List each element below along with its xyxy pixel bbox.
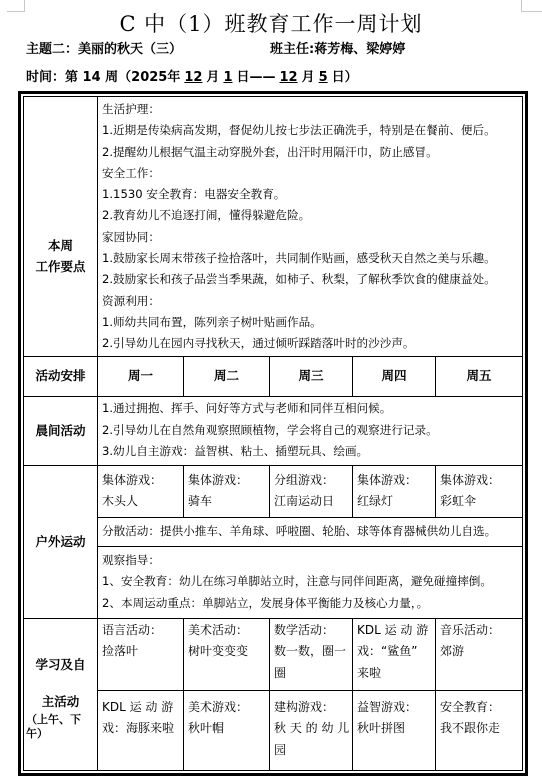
table-row-schedule-header: 活动安排 周一 周二 周三 周四 周五 bbox=[24, 356, 523, 396]
activity-name: 秋 天 的 幼 儿 bbox=[274, 718, 348, 740]
outdoor-game-wed: 分组游戏： 江南运动日 bbox=[270, 465, 353, 517]
time-range: 时间：第 14 周（2025年12月1日——12月5日） bbox=[26, 69, 358, 87]
free-play-text: 分散活动：提供小推车、羊角球、呼啦圈、轮胎、球等体育器械供幼儿自选。 bbox=[102, 521, 518, 543]
activity-type: KDL 运 动 游 bbox=[357, 620, 431, 642]
time-prefix: 时间：第 14 周（2025年 bbox=[26, 70, 180, 85]
table-row-outdoor-guidance: 观察指导： 1、安全教育：幼儿在练习单脚站立时，注意与同伴间距离，避免碰撞摔倒。… bbox=[24, 546, 523, 618]
month-label: 月 bbox=[206, 70, 219, 85]
morning-content: 1.通过拥抱、挥手、问好等方式与老师和同伴互相问候。 2.引导幼儿在自然角观察照… bbox=[98, 396, 523, 465]
activity-type: 美术游戏： bbox=[188, 697, 265, 719]
table-row-morning: 晨间活动 1.通过拥抱、挥手、问好等方式与老师和同伴互相问候。 2.引导幼儿在自… bbox=[24, 396, 523, 465]
day-header-fri: 周五 bbox=[436, 356, 523, 396]
start-month: 12 bbox=[180, 70, 206, 85]
game-type: 集体游戏： bbox=[188, 470, 265, 492]
weekly-focus-label-line2: 工作要点 bbox=[26, 256, 95, 278]
game-type: 集体游戏： bbox=[357, 470, 431, 492]
outdoor-game-mon: 集体游戏： 木头人 bbox=[98, 465, 184, 517]
study-label-note: （上午、下午） bbox=[26, 713, 95, 741]
activity-name-cont: 来啦 bbox=[357, 663, 431, 685]
focus-line: 安全工作： bbox=[102, 163, 518, 184]
activity-type: 音乐活动： bbox=[440, 620, 518, 642]
schedule-label: 活动安排 bbox=[24, 356, 98, 396]
weekly-focus-content: 生活护理： 1.近期是传染病高发期，督促幼儿按七步法正确洗手，特别是在餐前、便后… bbox=[98, 97, 523, 357]
game-type: 集体游戏： bbox=[440, 470, 518, 492]
end-month: 12 bbox=[276, 70, 302, 85]
month-label: 月 bbox=[302, 70, 315, 85]
outdoor-game-tue: 集体游戏： 骑车 bbox=[184, 465, 270, 517]
weekly-focus-label: 本周 工作要点 bbox=[24, 97, 98, 357]
day-header-tue: 周二 bbox=[184, 356, 270, 396]
activity-name: 郊游 bbox=[440, 641, 518, 663]
table-row-study-1: 学习及自 主活动 （上午、下午） 语言活动： 捡落叶 美术活动： 树叶变变变 数… bbox=[24, 618, 523, 690]
morning-line: 3.幼儿自主游戏：益智棋、粘土、插塑玩具、绘画。 bbox=[102, 441, 518, 463]
game-name: 江南运动日 bbox=[274, 491, 348, 513]
weekly-plan-table-frame: 本周 工作要点 生活护理： 1.近期是传染病高发期，督促幼儿按七步法正确洗手，特… bbox=[18, 91, 528, 776]
guidance-line: 1、安全教育：幼儿在练习单脚站立时，注意与同伴间距离，避免碰撞摔倒。 bbox=[102, 571, 518, 593]
outdoor-label: 户外运动 bbox=[24, 465, 98, 618]
focus-line: 2.鼓励家长和孩子品尝当季果蔬，如柿子、秋梨，了解秋季饮食的健康益处。 bbox=[102, 269, 518, 290]
game-name: 彩虹伞 bbox=[440, 491, 518, 513]
focus-line: 1.师幼共同布置，陈列亲子树叶贴画作品。 bbox=[102, 312, 518, 333]
document-title: C 中（1）班教育工作一周计划 bbox=[0, 10, 542, 38]
study-cell-mon-1: 语言活动： 捡落叶 bbox=[98, 618, 184, 690]
outdoor-free-play: 分散活动：提供小推车、羊角球、呼啦圈、轮胎、球等体育器械供幼儿自选。 bbox=[98, 517, 523, 546]
study-label-line1: 学习及自 bbox=[26, 654, 95, 676]
end-day: 5 bbox=[315, 70, 332, 85]
morning-line: 1.通过拥抱、挥手、问好等方式与老师和同伴互相问候。 bbox=[102, 398, 518, 420]
day-header-wed: 周三 bbox=[270, 356, 353, 396]
focus-line: 资源利用： bbox=[102, 291, 518, 312]
activity-name: 数一数，圈一 bbox=[274, 641, 348, 663]
study-cell-wed-1: 数学活动： 数一数，圈一 圈 bbox=[270, 618, 353, 690]
activity-name: 秋叶帽 bbox=[188, 718, 265, 740]
time-separator: 日—— bbox=[236, 70, 275, 85]
time-suffix: 日） bbox=[332, 70, 358, 85]
focus-line: 1.鼓励家长周末带孩子捡拾落叶，共同制作贴画，感受秋天自然之美与乐趣。 bbox=[102, 248, 518, 269]
activity-name: 捡落叶 bbox=[102, 641, 179, 663]
guidance-line: 观察指导： bbox=[102, 550, 518, 572]
activity-name-cont: 园 bbox=[274, 740, 348, 762]
guidance-line: 2、本周运动重点：单脚站立，发展身体平衡能力及核心力量，。 bbox=[102, 593, 518, 615]
focus-line: 1.近期是传染病高发期，督促幼儿按七步法正确洗手，特别是在餐前、便后。 bbox=[102, 120, 518, 141]
activity-name: 我不跟你走 bbox=[440, 718, 518, 740]
weekly-plan-table: 本周 工作要点 生活护理： 1.近期是传染病高发期，督促幼儿按七步法正确洗手，特… bbox=[23, 96, 523, 771]
outdoor-game-fri: 集体游戏： 彩虹伞 bbox=[436, 465, 523, 517]
activity-type: 语言活动： bbox=[102, 620, 179, 642]
focus-line: 生活护理： bbox=[102, 99, 518, 120]
study-cell-thu-2: 益智游戏： 秋叶拼图 bbox=[353, 690, 436, 770]
table-row-study-2: KDL 运 动 游 戏：海豚来啦 美术游戏： 秋叶帽 建构游戏： 秋 天 的 幼… bbox=[24, 690, 523, 770]
weekly-focus-label-line1: 本周 bbox=[26, 235, 95, 257]
activity-name-cont: 圈 bbox=[274, 663, 348, 685]
activity-type: KDL 运 动 游 bbox=[102, 697, 179, 719]
activity-name: 树叶变变变 bbox=[188, 641, 265, 663]
morning-line: 2.引导幼儿在自然角观察照顾植物，学会将自己的观察进行记录。 bbox=[102, 420, 518, 442]
study-label: 学习及自 主活动 （上午、下午） bbox=[24, 618, 98, 770]
day-header-mon: 周一 bbox=[98, 356, 184, 396]
table-row-weekly-focus: 本周 工作要点 生活护理： 1.近期是传染病高发期，督促幼儿按七步法正确洗手，特… bbox=[24, 97, 523, 357]
study-cell-tue-1: 美术活动： 树叶变变变 bbox=[184, 618, 270, 690]
outdoor-guidance: 观察指导： 1、安全教育：幼儿在练习单脚站立时，注意与同伴间距离，避免碰撞摔倒。… bbox=[98, 546, 523, 618]
day-header-thu: 周四 bbox=[353, 356, 436, 396]
activity-name: 戏：海豚来啦 bbox=[102, 718, 179, 740]
study-cell-thu-1: KDL 运 动 游 戏：“鲨鱼” 来啦 bbox=[353, 618, 436, 690]
activity-type: 建构游戏： bbox=[274, 697, 348, 719]
study-cell-fri-1: 音乐活动： 郊游 bbox=[436, 618, 523, 690]
study-cell-fri-2: 安全教育： 我不跟你走 bbox=[436, 690, 523, 770]
theme-label: 主题二：美丽的秋天（三） bbox=[26, 41, 182, 59]
activity-name: 秋叶拼图 bbox=[357, 718, 431, 740]
table-row-outdoor-games: 户外运动 集体游戏： 木头人 集体游戏： 骑车 分组游戏： 江南运动日 集体游戏… bbox=[24, 465, 523, 517]
start-day: 1 bbox=[219, 70, 236, 85]
study-label-line2: 主活动 bbox=[26, 691, 95, 713]
activity-type: 益智游戏： bbox=[357, 697, 431, 719]
game-name: 木头人 bbox=[102, 491, 179, 513]
focus-line: 家园协同： bbox=[102, 227, 518, 248]
study-cell-wed-2: 建构游戏： 秋 天 的 幼 儿 园 bbox=[270, 690, 353, 770]
focus-line: 2.提醒幼儿根据气温主动穿脱外套，出汗时用隔汗巾，防止感冒。 bbox=[102, 142, 518, 163]
outdoor-game-thu: 集体游戏： 红绿灯 bbox=[353, 465, 436, 517]
table-row-outdoor-free-play: 分散活动：提供小推车、羊角球、呼啦圈、轮胎、球等体育器械供幼儿自选。 bbox=[24, 517, 523, 546]
activity-type: 美术活动： bbox=[188, 620, 265, 642]
activity-type: 数学活动： bbox=[274, 620, 348, 642]
game-type: 分组游戏： bbox=[274, 470, 348, 492]
head-teacher-label: 班主任:蒋芳梅、梁婷婷 bbox=[270, 41, 405, 59]
focus-line: 2.引导幼儿在园内寻找秋天，通过倾听踩踏落叶时的沙沙声。 bbox=[102, 333, 518, 354]
game-type: 集体游戏： bbox=[102, 470, 179, 492]
study-cell-tue-2: 美术游戏： 秋叶帽 bbox=[184, 690, 270, 770]
focus-line: 2.教育幼儿不追逐打闹，懂得躲避危险。 bbox=[102, 205, 518, 226]
activity-name: 戏：“鲨鱼” bbox=[357, 641, 431, 663]
game-name: 骑车 bbox=[188, 491, 265, 513]
study-cell-mon-2: KDL 运 动 游 戏：海豚来啦 bbox=[98, 690, 184, 770]
activity-type: 安全教育： bbox=[440, 697, 518, 719]
game-name: 红绿灯 bbox=[357, 491, 431, 513]
focus-line: 1.1530 安全教育：电器安全教育。 bbox=[102, 184, 518, 205]
morning-label: 晨间活动 bbox=[24, 396, 98, 465]
